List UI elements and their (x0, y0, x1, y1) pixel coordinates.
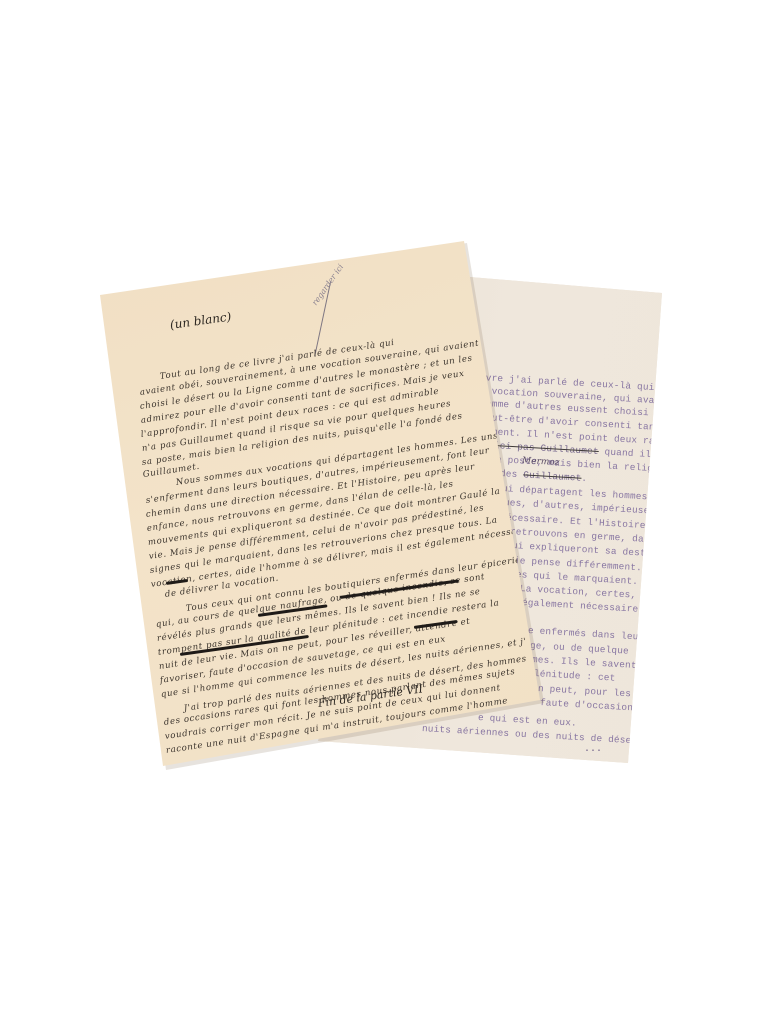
typed-line: faute d'occasion de (540, 697, 651, 714)
typed-line: lénitude : cet (534, 668, 616, 684)
typed-ellipsis: ... (584, 744, 602, 755)
handwritten-page-text: (un blanc) regarder ici Tout au long de … (0, 0, 768, 1024)
handwritten-insert: Mermoz (522, 456, 560, 468)
photo-stage: ivre j'ai parlé de ceux-là qui o vocatio… (0, 0, 768, 1024)
handwritten-title: (un blanc) (169, 309, 232, 331)
typed-line: des Guillaumet. (500, 468, 588, 484)
margin-note: regarder ici (310, 263, 345, 308)
typed-line: nuits aériennes ou des nuits de désert. (422, 723, 649, 747)
